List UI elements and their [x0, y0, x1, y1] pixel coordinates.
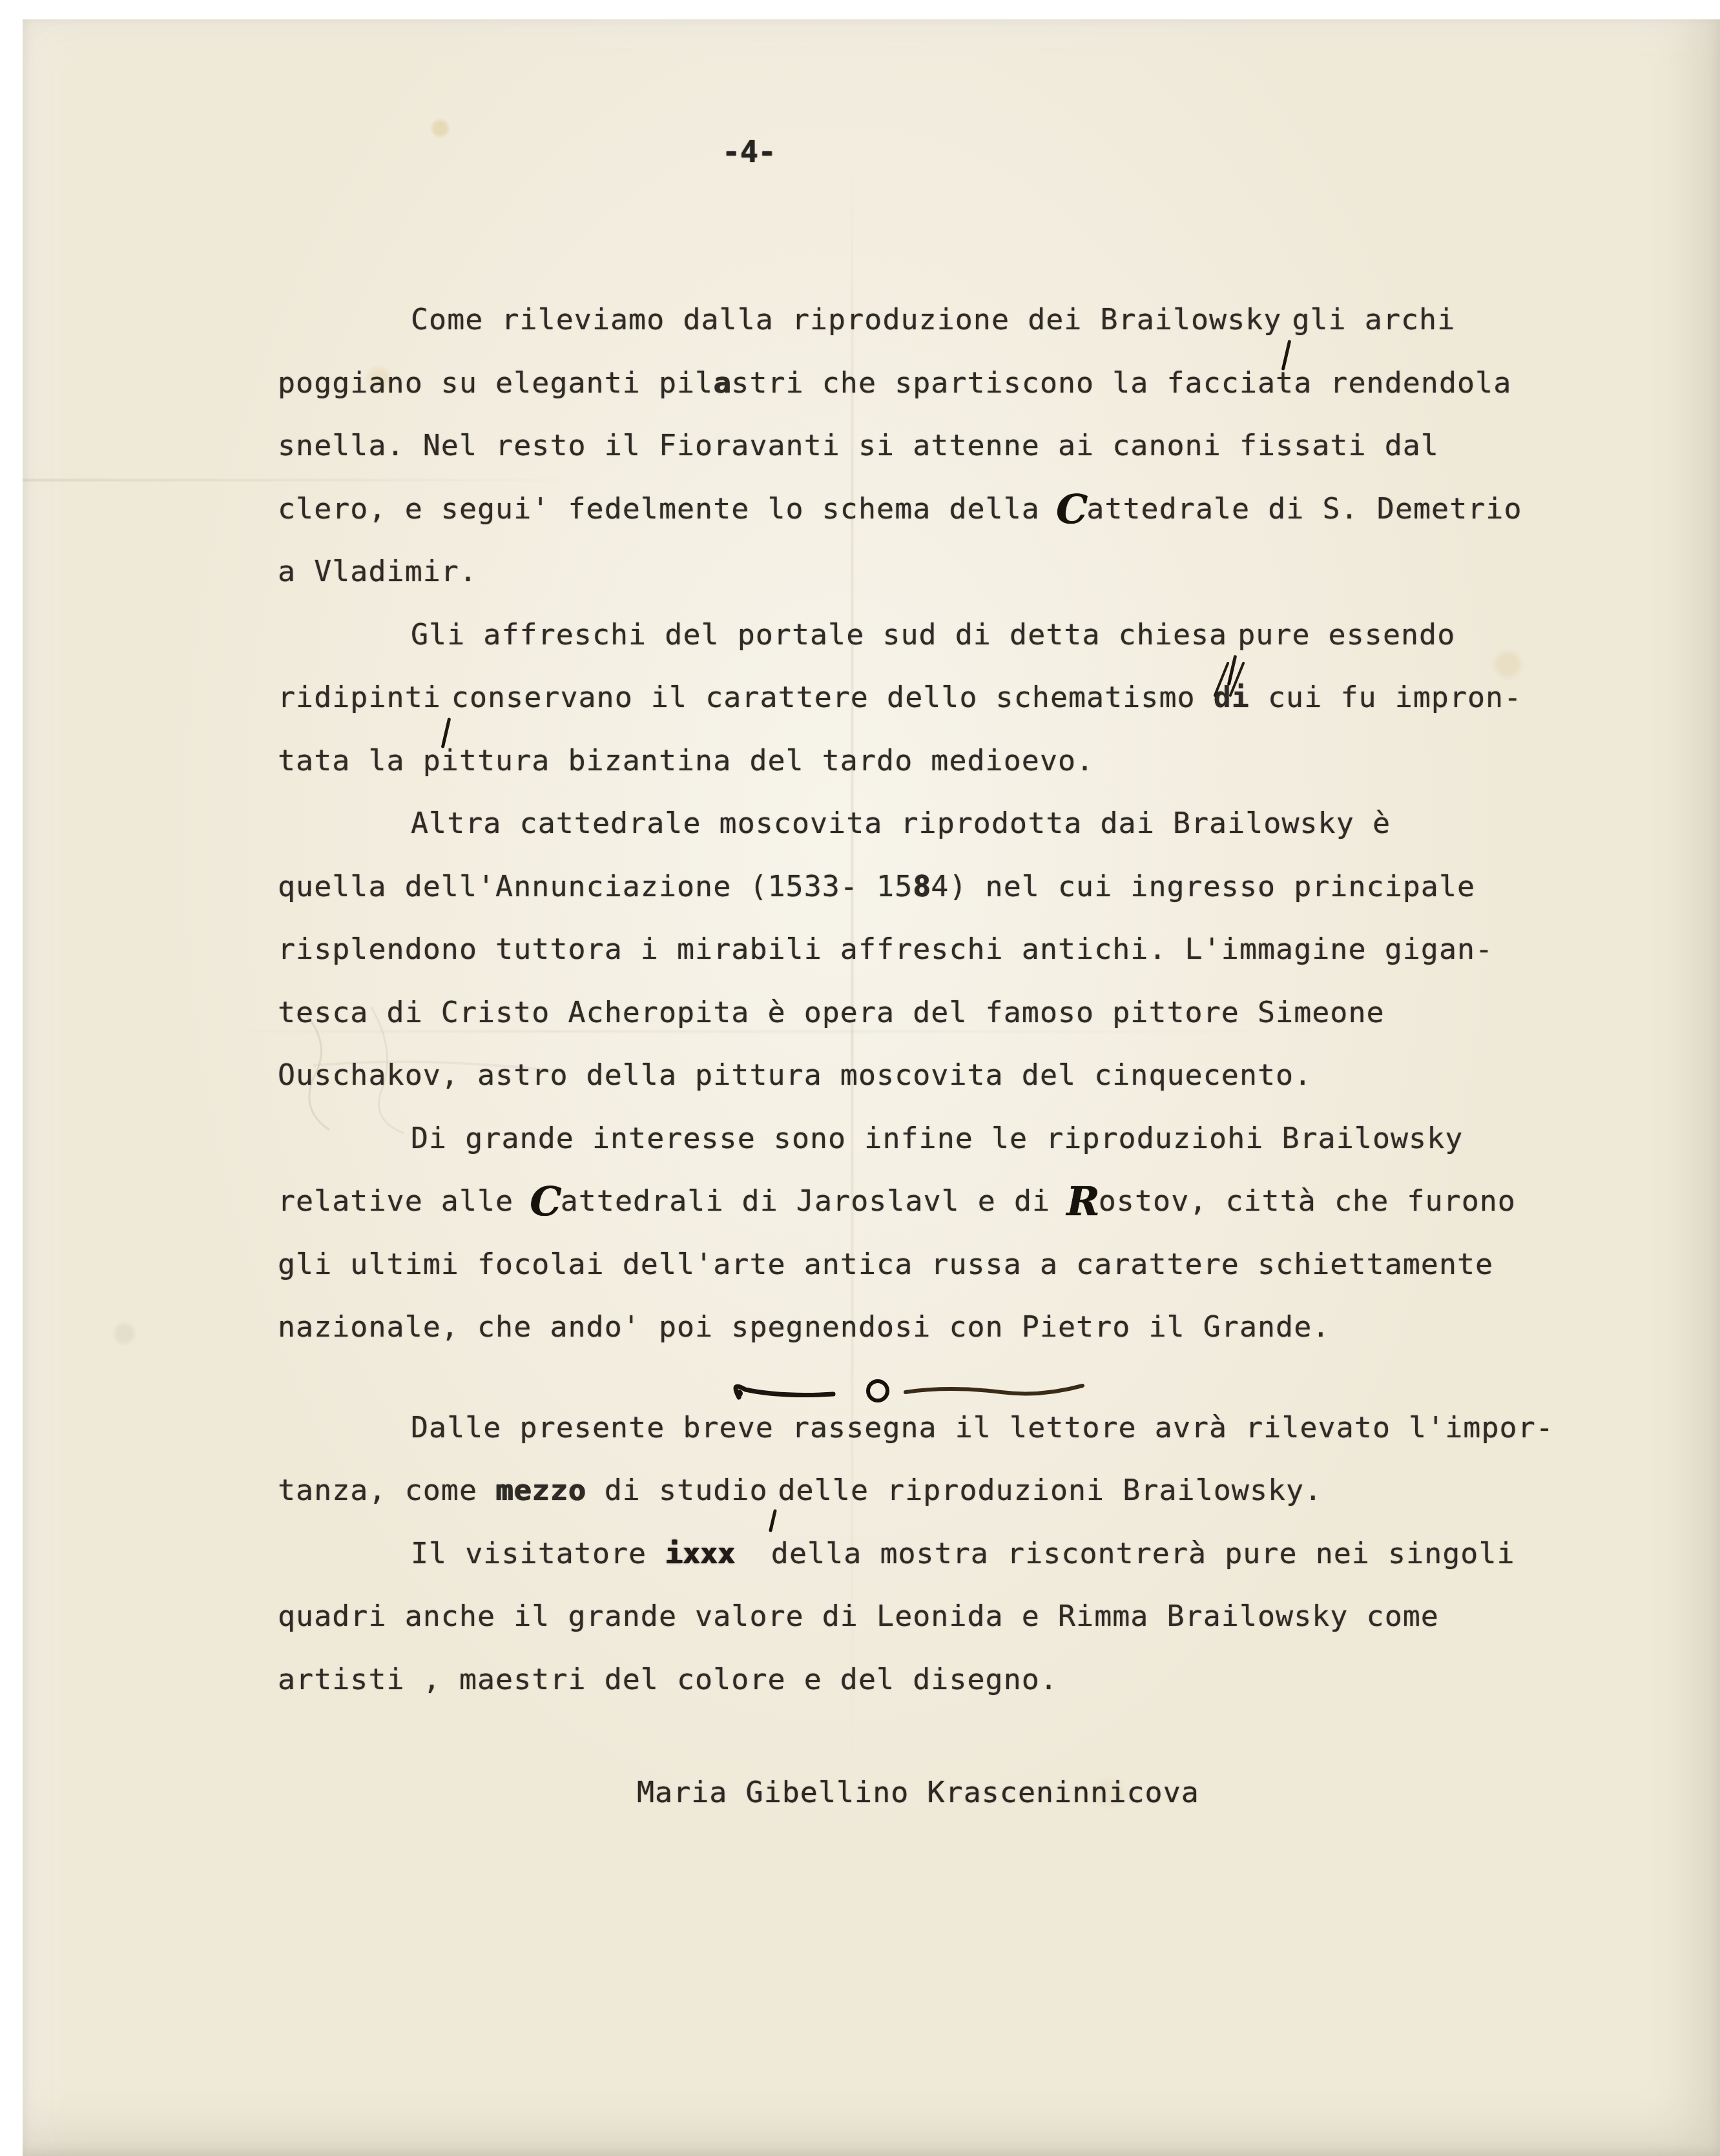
- typed-text: gli archi: [1292, 302, 1455, 336]
- text-line: tesca di Cristo Acheropita è opera del f…: [278, 981, 1589, 1044]
- typed-text-block: Come rileviamo dalla riproduzione dei Br…: [278, 288, 1589, 1824]
- typed-text: poggiano su eleganti pil: [278, 365, 713, 400]
- typed-text: 4) nel cui ingresso principale: [931, 869, 1475, 903]
- typed-text: attedrali di Jaroslavl e di: [561, 1184, 1069, 1218]
- typed-text: quadri anche il grande valore di Leonida…: [278, 1599, 1439, 1633]
- text-line: tata la pittura bizantina del tardo medi…: [278, 729, 1589, 792]
- typed-text: nazionale, che ando' poi spegnendosi con…: [278, 1309, 1330, 1344]
- typed-text: tanza, come: [278, 1473, 495, 1507]
- text-line: Altra cattedrale moscovita riprodotta da…: [278, 792, 1589, 855]
- signature-line: Maria Gibellino Krasceninnicova: [278, 1761, 1589, 1824]
- text-line: relative alle Cattedrali di Jaroslavl e …: [278, 1169, 1589, 1233]
- typed-text: Il visitatore: [411, 1536, 665, 1570]
- text-line: Il visitatore ixxx della mostra riscontr…: [278, 1522, 1589, 1585]
- typed-text: gli ultimi focolai dell'arte antica russ…: [278, 1247, 1493, 1281]
- typed-text: ostov, città che furono: [1099, 1184, 1516, 1218]
- typed-text: Gli affreschi del portale sud di detta c…: [411, 617, 1227, 652]
- text-line: clero, e segui' fedelmente lo schema del…: [278, 477, 1589, 540]
- text-line: artisti , maestri del colore e del diseg…: [278, 1648, 1589, 1711]
- typed-text: tata la pittura bizantina del tardo medi…: [278, 743, 1094, 777]
- typed-text: Altra cattedrale moscovita riprodotta da…: [411, 806, 1391, 840]
- typed-text: di studio: [586, 1473, 768, 1507]
- typed-text: a Vladimir.: [278, 554, 477, 588]
- typed-text: delle riproduzioni Brailowsky.: [778, 1473, 1323, 1507]
- handwritten-flourish-annotation: [730, 1365, 1092, 1410]
- text-line: poggiano su eleganti pilastri che sparti…: [278, 351, 1589, 415]
- typed-text: attedrale di S. Demetrio: [1086, 491, 1522, 526]
- typed-text: artisti , maestri del colore e del diseg…: [278, 1662, 1058, 1696]
- typed-text: Ouschakov, astro della pittura moscovita…: [278, 1058, 1312, 1092]
- overtyped-text: 8: [913, 869, 931, 903]
- overtyped-text: mezzo: [495, 1473, 586, 1507]
- text-line: risplendono tuttora i mirabili affreschi…: [278, 918, 1589, 981]
- pen-comma-annotation: [441, 701, 451, 707]
- text-line: quella dell'Annunciazione (1533- 1584) n…: [278, 855, 1589, 918]
- typed-text: Come rileviamo dalla riproduzione dei Br…: [411, 302, 1281, 336]
- annotation-row: [278, 1359, 1589, 1396]
- text-line: Gli affreschi del portale sud di detta c…: [278, 603, 1589, 666]
- typed-text: quella dell'Annunciazione (1533- 15: [278, 869, 913, 903]
- typed-text: relative alle: [278, 1184, 532, 1218]
- text-line: quadri anche il grande valore di Leonida…: [278, 1585, 1589, 1648]
- typed-text: clero, e segui' fedelmente lo schema del…: [278, 491, 1058, 526]
- typed-text: tesca di Cristo Acheropita è opera del f…: [278, 995, 1385, 1029]
- text-line: a Vladimir.: [278, 540, 1589, 603]
- overtyped-text: a: [713, 365, 731, 400]
- typed-text: ridipinti: [278, 680, 441, 714]
- text-line: Di grande interesse sono infine le ripro…: [278, 1107, 1589, 1170]
- text-line: ridipinticonservano il carattere dello s…: [278, 666, 1589, 729]
- typed-text: Di grande interesse sono infine le ripro…: [411, 1121, 1463, 1155]
- page-number: -4-: [722, 137, 776, 167]
- crossed-out-word: ixxx: [665, 1536, 734, 1570]
- pen-comma-annotation: [1281, 323, 1292, 329]
- typed-text: risplendono tuttora i mirabili affreschi…: [278, 932, 1493, 966]
- text-line: tanza, come mezzo di studiodelle riprodu…: [278, 1459, 1589, 1522]
- typed-text: della mostra riscontrerà pure nei singol…: [735, 1536, 1515, 1570]
- typed-text: pure essendo: [1238, 617, 1455, 652]
- pen-comma-annotation: [768, 1494, 778, 1500]
- pen-comma-annotation: [1227, 638, 1238, 644]
- typed-text: snella. Nel resto il Fioravanti si atten…: [278, 428, 1439, 462]
- typed-text: stri che spartiscono la facciata rendend…: [731, 365, 1511, 400]
- text-line: gli ultimi focolai dell'arte antica russ…: [278, 1233, 1589, 1296]
- text-line: Come rileviamo dalla riproduzione dei Br…: [278, 288, 1589, 351]
- crossed-out-text: di: [1214, 666, 1250, 729]
- text-line: nazionale, che ando' poi spegnendosi con…: [278, 1295, 1589, 1359]
- text-line: snella. Nel resto il Fioravanti si atten…: [278, 414, 1589, 477]
- text-line: Ouschakov, astro della pittura moscovita…: [278, 1043, 1589, 1107]
- scanned-document-page: -4- Come rileviamo dalla riproduzione de…: [0, 0, 1720, 2156]
- typed-text: conservano il carattere dello schematism…: [451, 680, 1214, 714]
- typed-text: Dalle presente breve rassegna il lettore…: [411, 1410, 1554, 1444]
- typed-text: cui fu impron-: [1250, 680, 1522, 714]
